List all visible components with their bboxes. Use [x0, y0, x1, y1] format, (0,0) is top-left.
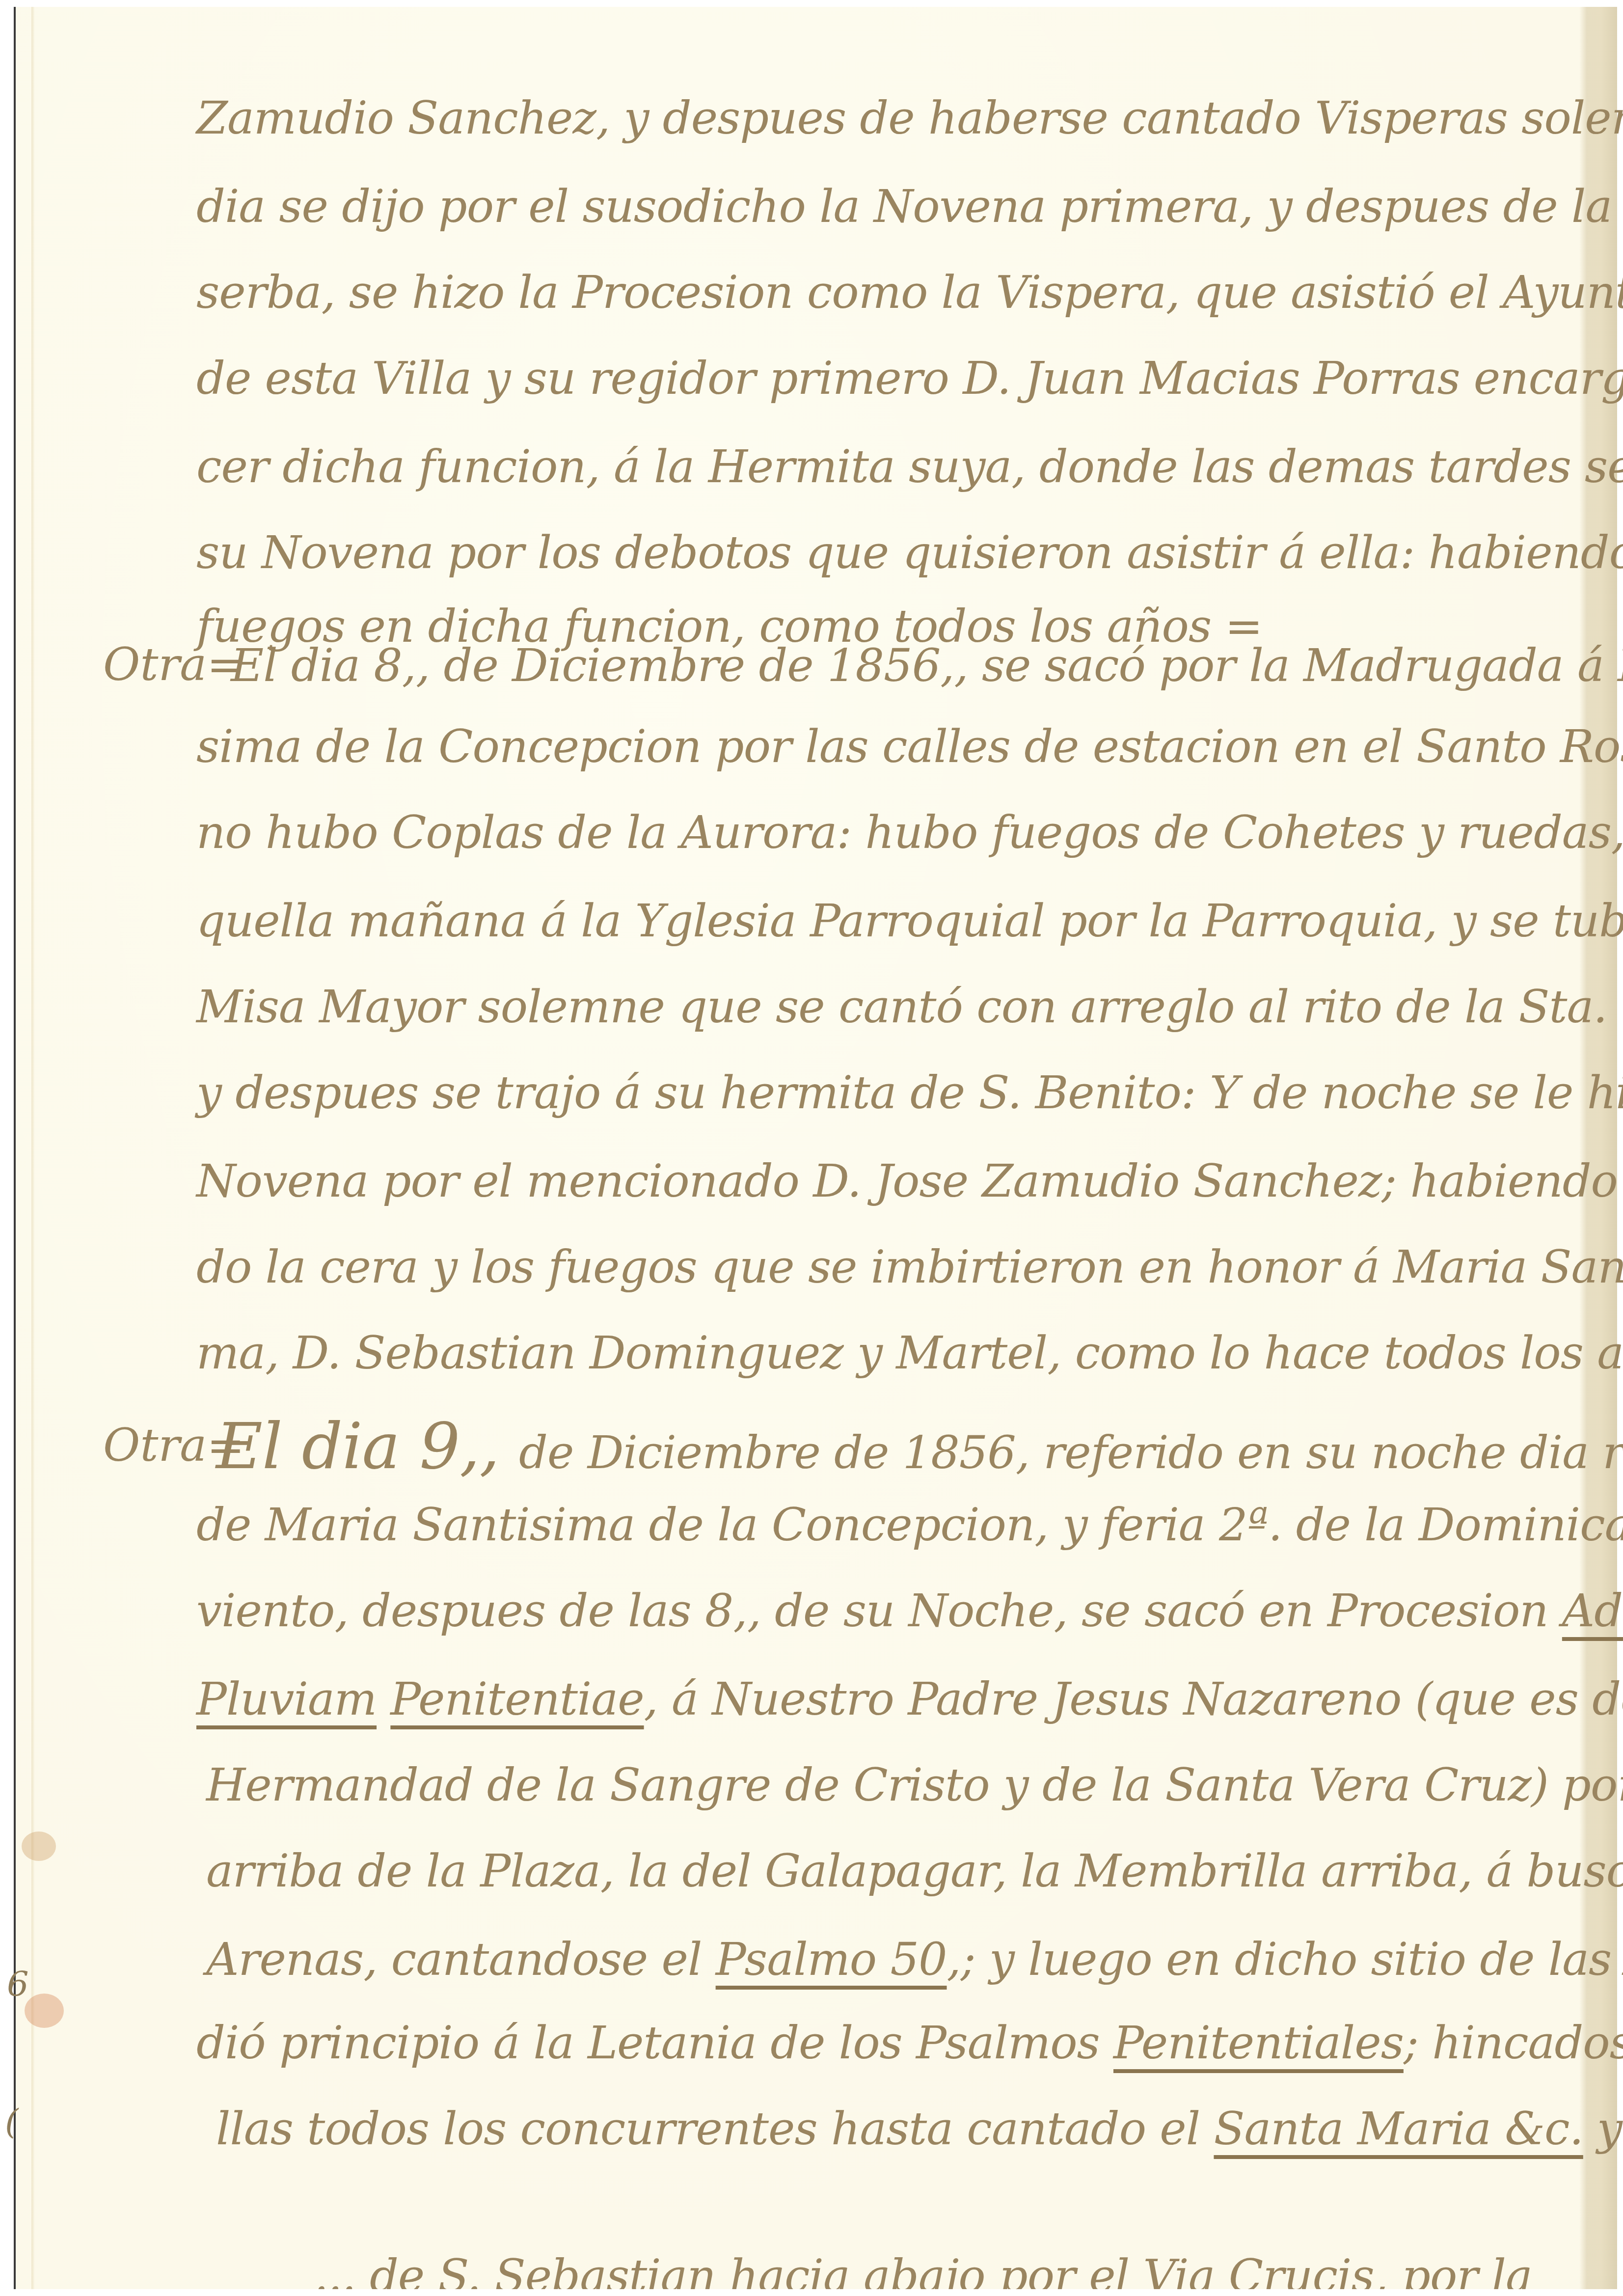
- text-line: sima de la Concepcion por las calles de …: [196, 724, 1623, 769]
- text-line: no hubo Coplas de la Aurora: hubo fuegos…: [196, 810, 1623, 855]
- text-line: El dia 8,, de Diciembre de 1856,, se sac…: [231, 643, 1623, 688]
- text-line: de esta Villa y su regidor primero D. Ju…: [196, 356, 1623, 401]
- margin-note-otra: Otra=: [103, 638, 244, 691]
- text-line: ma, D. Sebastian Dominguez y Martel, com…: [196, 1331, 1623, 1376]
- text-line: viento, despues de las 8,, de su Noche, …: [196, 1588, 1623, 1634]
- text-line: Misa Mayor solemne que se cantó con arre…: [196, 984, 1623, 1030]
- text-line: dia se dijo por el susodicho la Novena p…: [196, 184, 1623, 229]
- text-line: dió principio á la Letania de los Psalmo…: [196, 2021, 1623, 2066]
- text-line: Zamudio Sanchez, y despues de haberse ca…: [196, 96, 1623, 141]
- text-segment: sima de la Concepcion por las calles de …: [196, 720, 1623, 773]
- underlined-word: Penitentiae: [390, 1673, 644, 1725]
- text-segment: llas todos los concurrentes hasta cantad…: [216, 2103, 1214, 2155]
- edge-fragment: 6: [7, 1964, 29, 2004]
- text-line: llas todos los concurrentes hasta cantad…: [216, 2106, 1623, 2152]
- binding-gutter: [31, 7, 34, 2289]
- underlined-word: Psalmo 50: [716, 1933, 947, 1986]
- edge-fragment: (: [5, 2102, 18, 2142]
- text-line: do la cera y los fuegos que se imbirtier…: [196, 1245, 1623, 1290]
- underlined-word: Pluviam: [196, 1673, 377, 1725]
- text-line: arriba de la Plaza, la del Galapagar, la…: [206, 1849, 1623, 1894]
- underlined-phrase: Ad petendam: [1562, 1585, 1623, 1637]
- text-segment: ; hincados de rodi-: [1404, 2017, 1623, 2069]
- edge-stain: [25, 1994, 64, 2028]
- underlined-phrase: Santa Maria &c.: [1214, 2103, 1583, 2155]
- text-segment: , á Nuestro Padre Jesus Nazareno (que es…: [644, 1673, 1623, 1725]
- text-line: Hermandad de la Sangre de Cristo y de la…: [206, 1763, 1623, 1808]
- text-line: El dia 9,, de Diciembre de 1856, referid…: [216, 1414, 1623, 1478]
- text-line: quella mañana á la Yglesia Parroquial po…: [196, 899, 1623, 944]
- text-line: y despues se trajo á su hermita de S. Be…: [196, 1070, 1623, 1116]
- text-segment: de Diciembre de 1856, referido en su noc…: [519, 1426, 1623, 1479]
- text-segment: [377, 1673, 390, 1725]
- entry-date-heading: El dia 9,,: [216, 1409, 519, 1483]
- text-line: de Maria Santisima de la Concepcion, y f…: [196, 1503, 1623, 1548]
- edge-stain: [22, 1831, 56, 1861]
- text-line: cer dicha funcion, á la Hermita suya, do…: [196, 444, 1623, 490]
- text-line: Pluviam Penitentiae, á Nuestro Padre Jes…: [196, 1677, 1623, 1722]
- text-line: Arenas, cantandose el Psalmo 50,; y lueg…: [206, 1937, 1623, 1982]
- text-segment: y siguió: [1583, 2103, 1623, 2155]
- bottom-scan-margin: [0, 2289, 1623, 2296]
- text-line: serba, se hizo la Procesion como la Visp…: [196, 270, 1623, 315]
- underlined-word: Penitentiales: [1113, 2017, 1404, 2069]
- text-segment: viento, despues de las 8,, de su Noche, …: [196, 1585, 1562, 1637]
- text-segment: dió principio á la Letania de los Psalmo…: [196, 2017, 1113, 2069]
- text-line: su Novena por los debotos que quisieron …: [196, 530, 1623, 575]
- text-line: Novena por el mencionado D. Jose Zamudio…: [196, 1159, 1623, 1204]
- text-segment: ,; y luego en dicho sitio de las Arenas,…: [947, 1933, 1623, 1986]
- text-segment: Arenas, cantandose el: [206, 1933, 716, 1986]
